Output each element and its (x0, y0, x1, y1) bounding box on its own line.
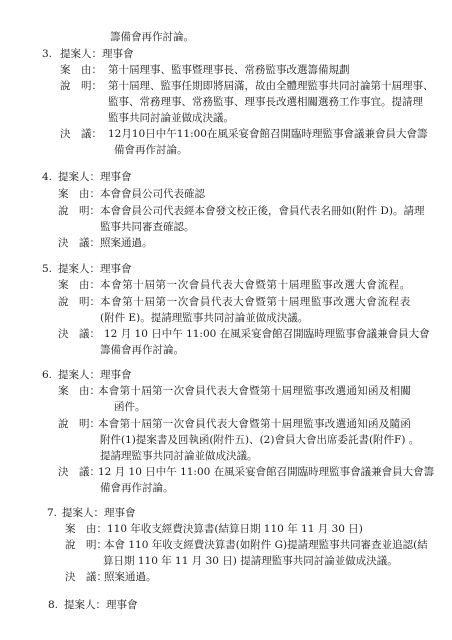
resolution-text: 照案通過。 (100, 236, 153, 250)
resolution-text: 照案通過。 (104, 570, 157, 584)
proposer-label: 提案人： (58, 170, 100, 184)
proposer: 理事會 (100, 368, 132, 382)
resolution-text: 12 月 10 日中午 11:00 在風采宴會館召開臨時理監事會議兼會員大會 (104, 327, 430, 341)
resolution-label: 決 議： (60, 127, 102, 141)
proposer: 理事會 (104, 506, 136, 520)
proposer-label: 提案人： (58, 262, 100, 276)
proposal-number: 3. (42, 47, 52, 61)
explanation-label: 說 明： (58, 417, 100, 431)
proposer-label: 提案人： (60, 47, 102, 61)
subject-text: 110 年收支經費決算書(結算日期 110 年 11 月 30 日) (107, 522, 363, 536)
resolution-text: 12月10日中午11:00在風采宴會館召開臨時理監事會議兼會員大會籌 (108, 127, 427, 141)
proposal-number: 7. (47, 506, 57, 520)
subject-text: 本會會員公司代表確認 (100, 187, 205, 201)
resolution-text: 備會再作討論。 (114, 143, 188, 157)
explanation-text: 第十屆理、監事任期即將屆滿，故由全體理監事共同討論第十屆理事、 (108, 79, 434, 93)
explanation-text: 算日期 110 年 11 月 30 日) 提請理監事共同討論並做成決議。 (103, 554, 398, 568)
proposer: 理事會 (100, 262, 132, 276)
proposer-label: 提案人： (62, 506, 104, 520)
explanation-text: 附件(1)提案書及回執函(附件五)、(2)會員大會出席委託書(附件F) 。 (100, 433, 419, 447)
subject-text: 函件。 (114, 400, 146, 414)
proposal-number: 5. (42, 262, 52, 276)
explanation-text: 監事共同討論並做成決議。 (108, 111, 234, 125)
resolution-label: 決 議： (65, 570, 107, 584)
subject-label: 案 由： (60, 63, 102, 77)
resolution-text: 12 月 10 日中午 11:00 在風采宴會館召開臨時理監事會議兼會員大會籌 (98, 465, 434, 479)
explanation-label: 說 明： (65, 538, 107, 552)
resolution-label: 決 議： (58, 236, 100, 250)
subject-label: 案 由： (58, 384, 100, 398)
resolution-label: 決 議： (58, 327, 100, 341)
resolution-label: 決 議： (58, 465, 100, 479)
explanation-label: 說 明： (58, 295, 100, 309)
proposer-label: 提案人： (58, 368, 100, 382)
proposal-number: 8. (48, 598, 58, 612)
proposer: 理事會 (100, 170, 132, 184)
explanation-text: 提請理監事共同討論並做成決議。 (100, 449, 258, 463)
proposer: 理事會 (102, 47, 134, 61)
explanation-text: 本會第十屆第一次會員代表大會暨第十屆理監事改選大會流程表 (100, 295, 411, 309)
explanation-label: 說 明： (58, 204, 100, 218)
explanation-text: 本會第十屆第一次會員代表大會暨第十屆理監事改選通知函及隨函 (98, 417, 411, 431)
explanation-label: 說 明： (60, 79, 102, 93)
subject-label: 案 由： (58, 187, 100, 201)
subject-text: 第十屆理事、監事暨理事長、常務監事改選籌備規劃 (108, 63, 350, 77)
resolution-text: 備會再作討論。 (100, 481, 174, 495)
proposal-number: 6. (42, 368, 52, 382)
explanation-text: 本會會員公司代表經本會發文校正後，會員代表名冊如(附件 D)。請理 (100, 204, 424, 218)
explanation-text: 監事、常務理事、常務監事、理事長改選相關選務工作事宜。提請理 (108, 95, 423, 109)
subject-label: 案 由： (65, 522, 107, 536)
resolution-text: 籌備會再作討論。 (100, 343, 184, 357)
subject-text: 本會第十屆第一次會員代表大會暨第十屆理監事改選通知函及相關 (98, 384, 411, 398)
proposal-number: 4. (42, 170, 52, 184)
proposer: 理事會 (106, 598, 138, 612)
explanation-text: 本會 110 年收支經費決算書(如附件 G)提請理監事共同審查並追認(結 (104, 538, 428, 552)
proposer-label: 提案人： (64, 598, 106, 612)
subject-label: 案 由： (58, 278, 100, 292)
subject-text: 本會第十屆第一次會員代表大會暨第十屆理監事改選大會流程。 (100, 278, 411, 292)
continued-text: 籌備會再作討論。 (110, 30, 194, 44)
explanation-text: 監事共同審查確認。 (100, 220, 195, 234)
explanation-text: (附件 E)。提請理監事共同討論並做成決議。 (100, 311, 308, 325)
